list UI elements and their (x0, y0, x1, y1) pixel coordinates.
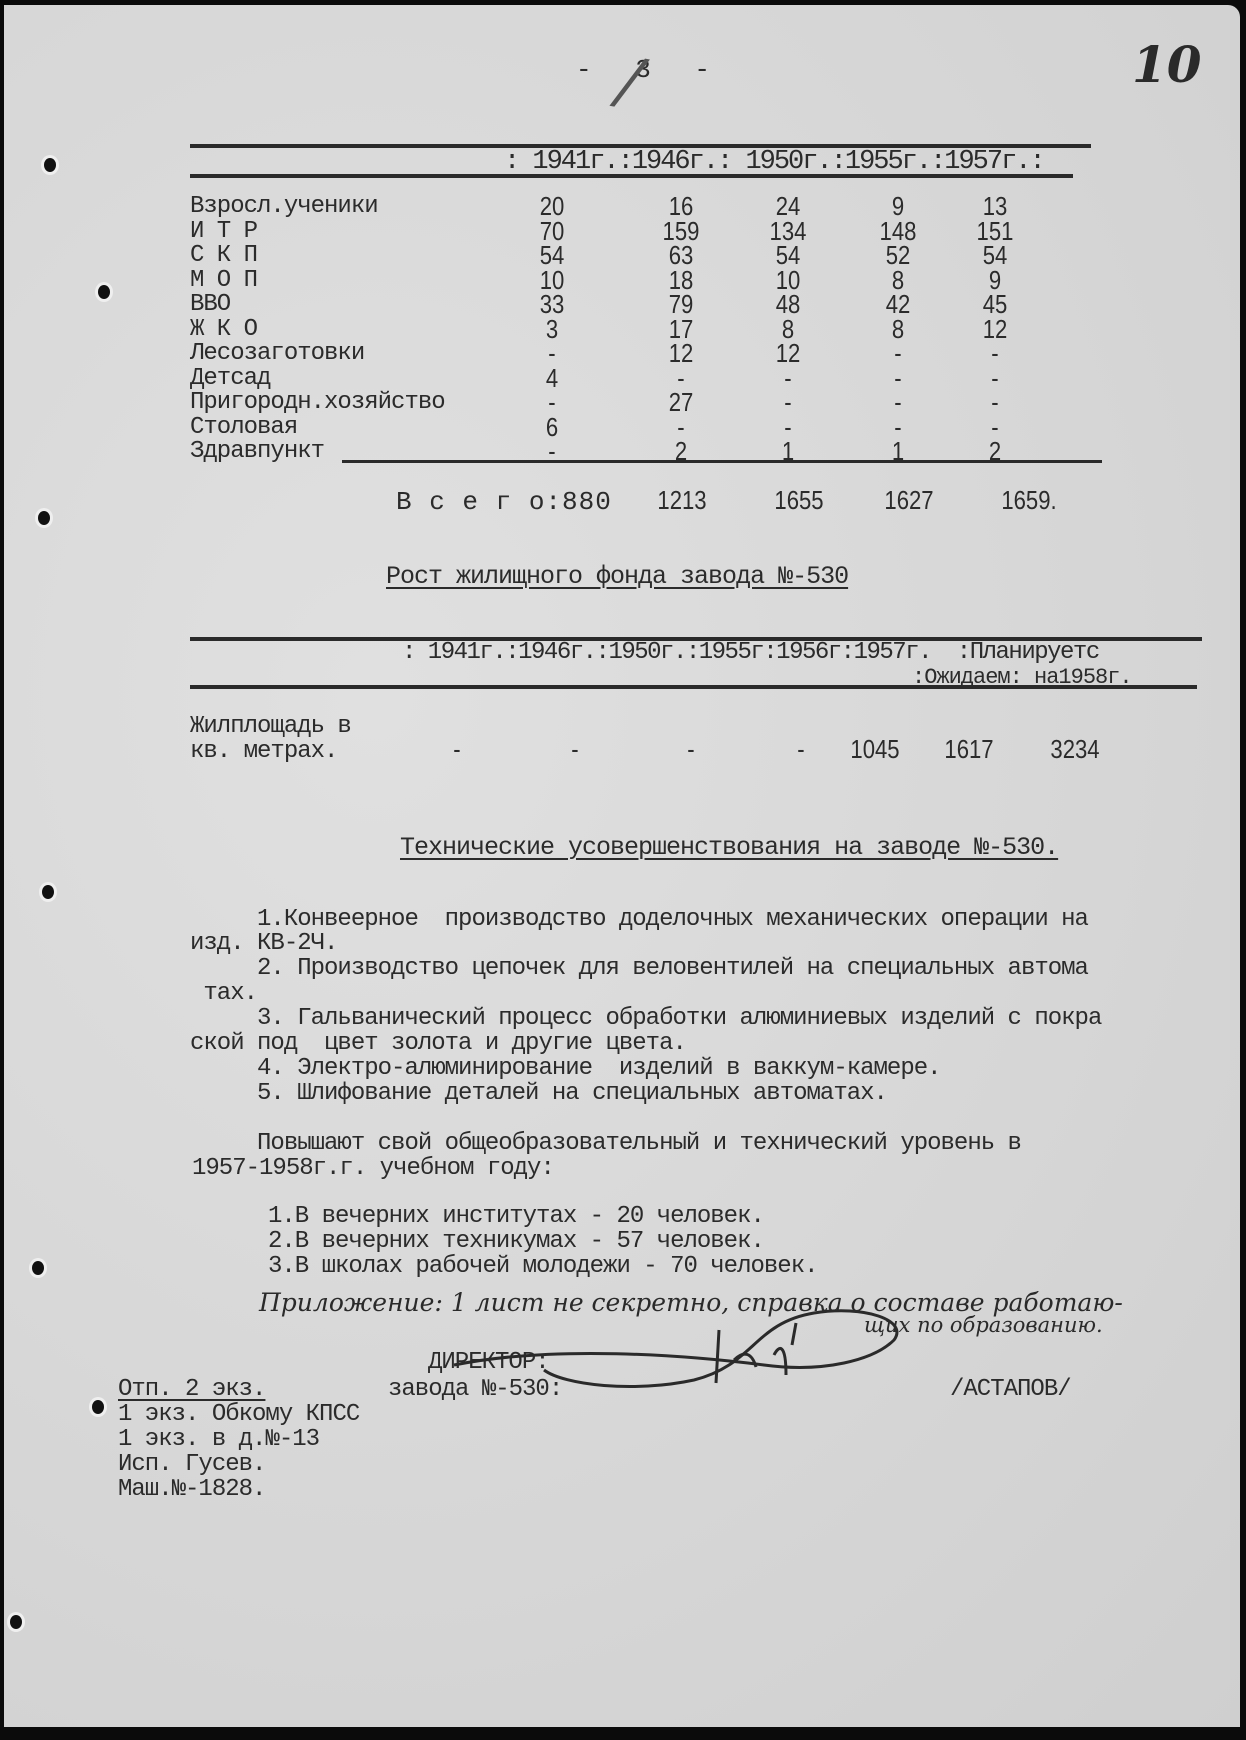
housing-cell: - (661, 736, 721, 762)
table-row-label: ВВО (190, 293, 230, 317)
total-cell: 1627 (875, 487, 943, 513)
education-intro-line2: 1957-1958г.г. учебном году: (192, 1157, 554, 1181)
tech-line: ской под цвет золота и другие цвета. (190, 1032, 686, 1056)
table-cell: 2 (656, 438, 707, 464)
punch-hole (32, 1261, 44, 1275)
distribution-line: 1 экз. в д.№-13 (118, 1428, 319, 1452)
tech-line: изд. КВ-2Ч. (190, 932, 337, 956)
housing-cell: 1045 (845, 736, 905, 762)
table-cell: 2 (970, 438, 1021, 464)
table-row-label: Взросл.ученики (190, 195, 378, 219)
housing-cell: 1617 (939, 736, 999, 762)
punch-hole (42, 885, 54, 899)
punch-hole (38, 511, 50, 525)
table-cell: 1 (763, 438, 814, 464)
tech-line: 2. Производство цепочек для веловентилей… (190, 957, 1088, 981)
housing-cell: - (771, 736, 831, 762)
table-row-label: Детсад (190, 367, 270, 391)
table-cell: - (527, 438, 578, 464)
housing-title: Рост жилищного фонда завода №-530 (386, 564, 848, 589)
total-cell: 1213 (648, 487, 716, 513)
housing-cell: - (545, 736, 605, 762)
table-row-label: Ж К О (190, 318, 257, 342)
housing-header-line1: : 1941г.:1946г.:1950г.:1955г:1956г:1957г… (402, 641, 1099, 665)
director-title: ДИРЕКТОР: (428, 1351, 549, 1375)
education-item: 1.В вечерних институтах - 20 человек. (268, 1205, 764, 1229)
tech-line: 3. Гальванический процесс обработки алюм… (190, 1007, 1101, 1031)
director-name: /АСТАПОВ/ (950, 1378, 1071, 1402)
table-cell: 1 (873, 438, 924, 464)
housing-cell: - (427, 736, 487, 762)
total-label: В с е г о:880 (396, 489, 612, 515)
tech-line: тах. (190, 982, 257, 1006)
table-header-rule (190, 174, 1073, 178)
punch-hole (10, 1615, 22, 1629)
document-page: - 3 - / 10 : 1941г.:1946г.: 1950г.:1955г… (4, 5, 1240, 1727)
total-cell: 1655 (765, 487, 833, 513)
education-item: 2.В вечерних техникумах - 57 человек. (268, 1230, 764, 1254)
table-row-label: С К П (190, 244, 257, 268)
distribution-header: Отп. 2 экз. (118, 1378, 265, 1402)
table-row-label: М О П (190, 269, 257, 293)
tech-line: 5. Шлифование деталей на специальных авт… (190, 1082, 887, 1106)
punch-hole (92, 1400, 104, 1414)
page-number-marker: - 3 - (576, 57, 724, 83)
table-row-label: И Т Р (190, 220, 257, 244)
staff-table-header: : 1941г.:1946г.: 1950г.:1955г.:1957г.: (504, 149, 1044, 176)
tech-line: 1.Конвеерное производство доделочных мех… (190, 908, 1088, 932)
tech-line: 4. Электро-алюминирование изделий в вакк… (190, 1057, 941, 1081)
table-row-label: Столовая (190, 416, 297, 440)
education-item: 3.В школах рабочей молодежи - 70 человек… (268, 1255, 818, 1279)
tech-title: Технические усовершенствования на заводе… (400, 835, 1058, 860)
table-row-label: Здравпункт (190, 440, 324, 464)
table-row-label: Лесозаготовки (190, 342, 364, 366)
distribution-line: 1 экз. Обкому КПСС (118, 1403, 359, 1427)
housing-cell: 3234 (1045, 736, 1105, 762)
table-row-label: Пригородн.хозяйство (190, 391, 445, 415)
punch-hole (98, 285, 110, 299)
distribution-line: Исп. Гусев. (118, 1453, 265, 1477)
distribution-line: Маш.№-1828. (118, 1478, 265, 1502)
housing-row-label-line1: Жилплощадь в (190, 715, 351, 739)
punch-hole (44, 158, 56, 172)
director-factory: завода №-530: (388, 1378, 562, 1402)
education-intro-line1: Повышают свой общеобразовательный и техн… (190, 1132, 1021, 1156)
handwritten-page-number: 10 (1132, 35, 1202, 94)
housing-bottom-rule (190, 685, 1197, 689)
total-cell: 1659. (995, 487, 1063, 513)
housing-row-label-line2: кв. метрах. (190, 740, 337, 764)
